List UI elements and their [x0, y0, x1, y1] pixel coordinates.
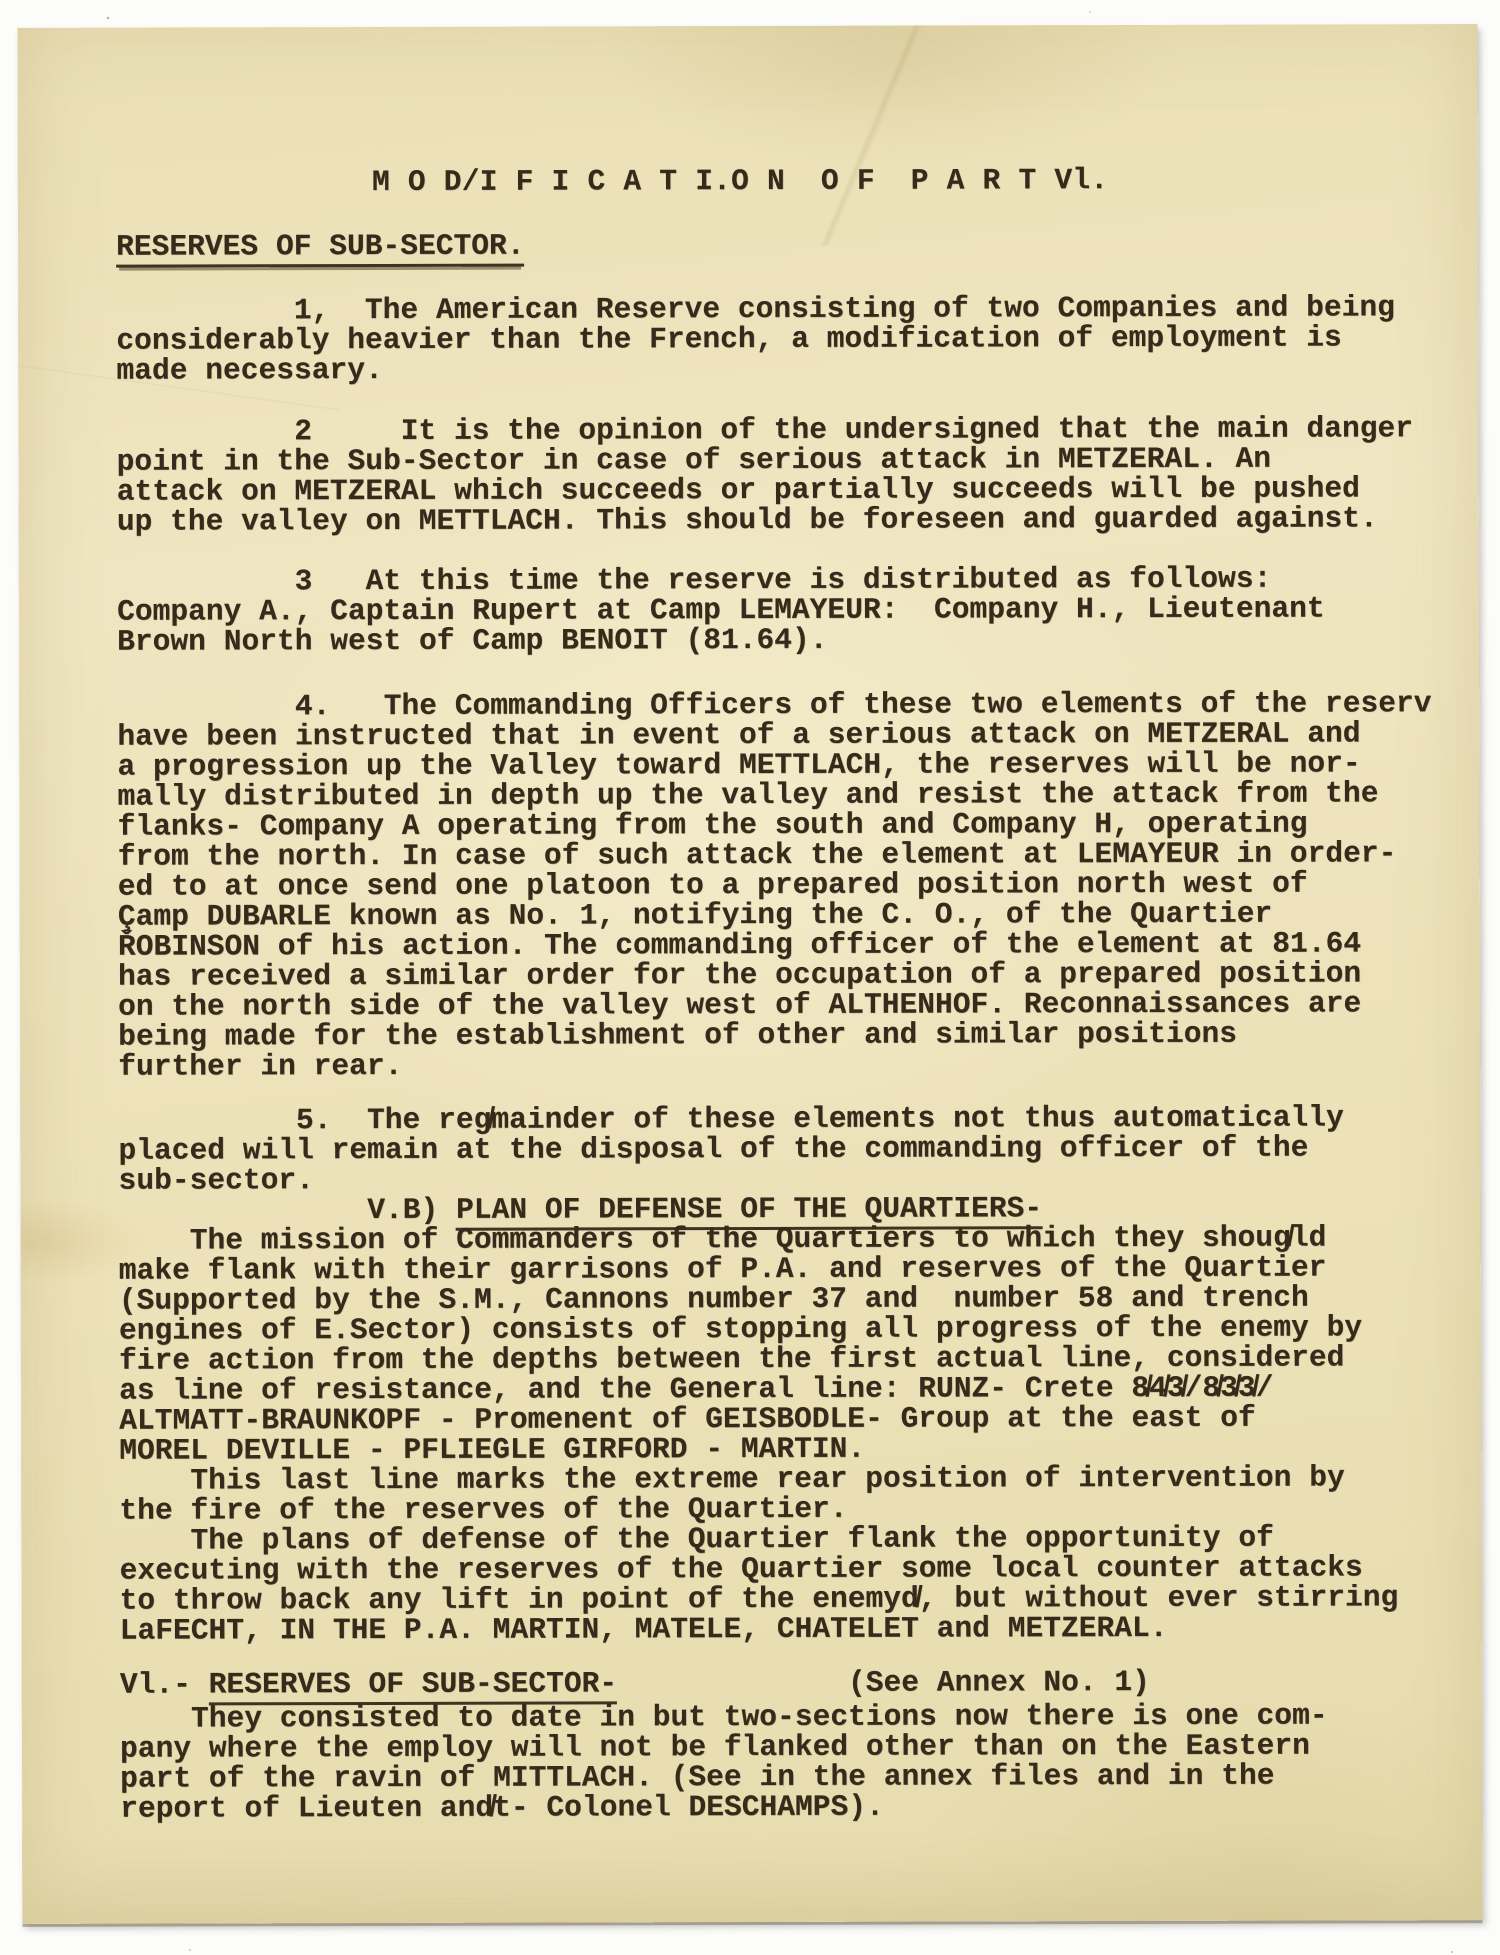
vi-annex-note: (See Annex No. 1): [617, 1665, 1150, 1700]
paragraph-5: 5. The reg̸mainder of these elements not…: [118, 1102, 1344, 1195]
paragraph-3: 3 At this time the reserve is distribute…: [117, 563, 1325, 656]
heading-vi-reserves: Vl.- RESERVES OF SUB-SECTOR- (See Annex …: [120, 1667, 1150, 1700]
paragraph-mission: The mission of Commanders of the Quartie…: [119, 1222, 1363, 1465]
paragraph-4: 4. The Commanding Officers of these two …: [117, 688, 1432, 1081]
section-heading-reserves: RESERVES OF SUB-SECTOR.: [116, 231, 525, 262]
paragraph-plans: The plans of defense of the Quartier fla…: [119, 1522, 1398, 1645]
typewritten-page: M O D/I F I C A T I.O N O F P A R T Vl. …: [18, 24, 1483, 1924]
paragraph-last-line: This last line marks the extreme rear po…: [119, 1462, 1345, 1525]
scan-background: { "page": { "background_color": "#fcfcfa…: [0, 0, 1500, 1955]
paragraph-1: 1, The American Reserve consisting of tw…: [116, 292, 1395, 385]
vi-heading-prefix: Vl.-: [120, 1667, 209, 1701]
document-title: M O D/I F I C A T I.O N O F P A R T Vl.: [372, 165, 1108, 197]
paragraph-vi-body: They consisted to date in but two-sectio…: [120, 1700, 1328, 1823]
heading-reserves-text: RESERVES OF SUB-SECTOR.: [116, 229, 525, 268]
paragraph-2: 2 It is the opinion of the undersigned t…: [117, 413, 1414, 536]
